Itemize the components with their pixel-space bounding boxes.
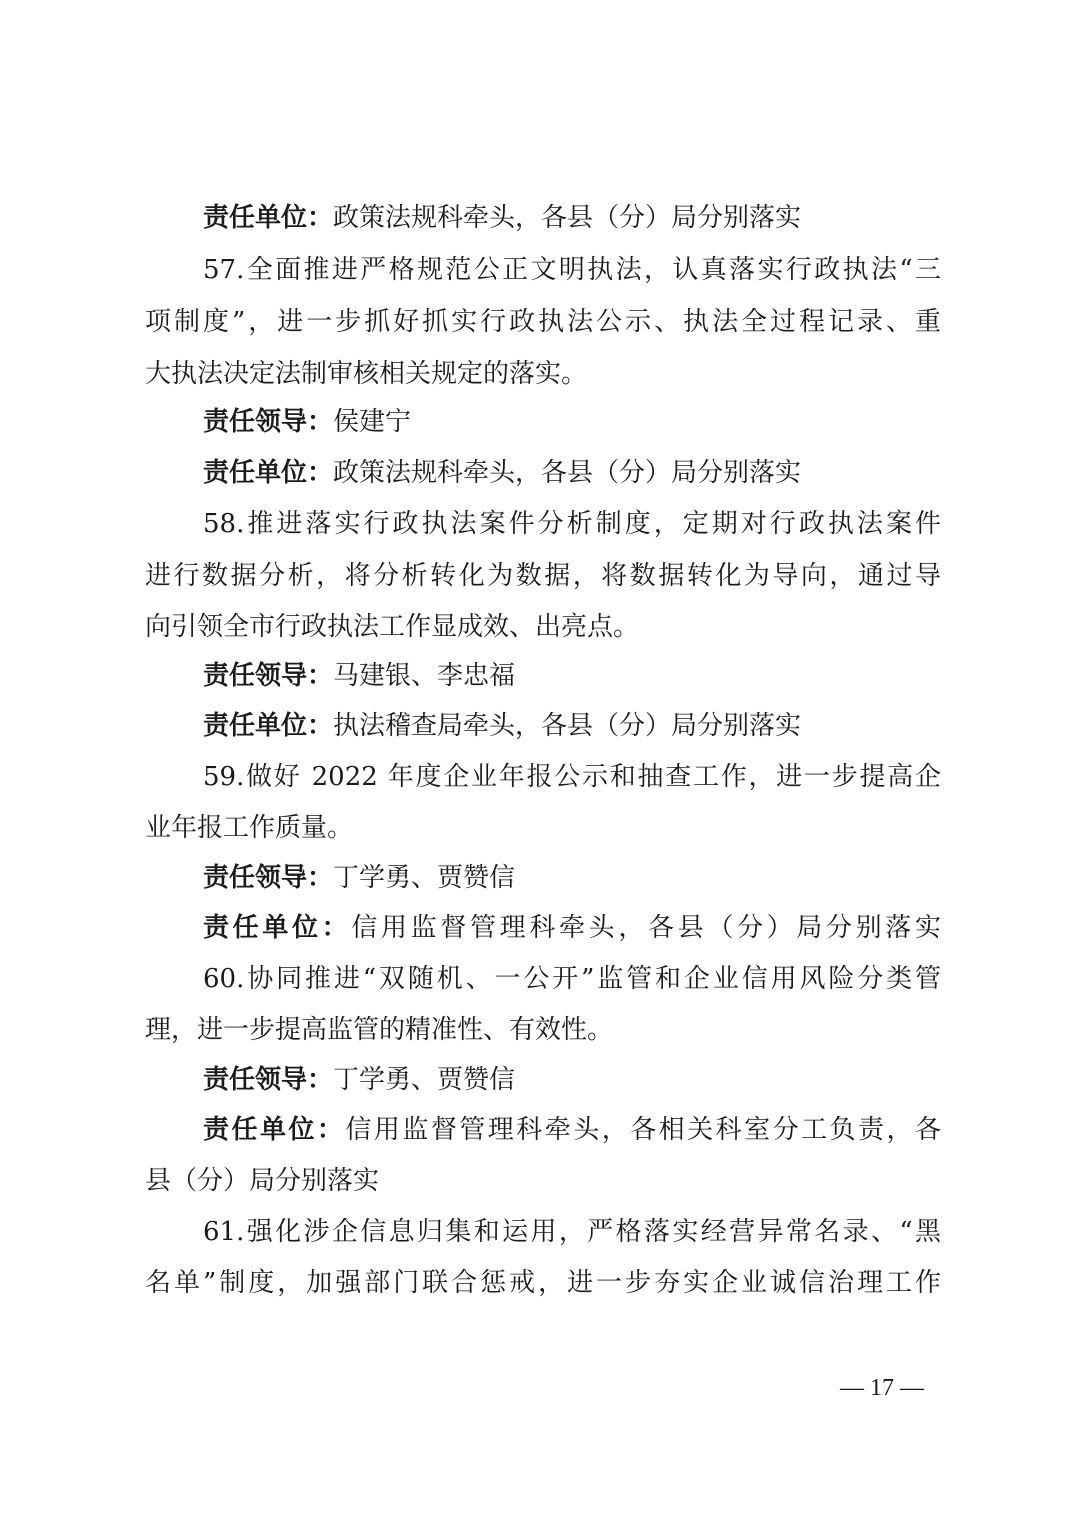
responsible-unit-continuation: 县（分）局分别落实 bbox=[145, 1155, 941, 1207]
label-responsible-leader: 责任领导： bbox=[203, 1065, 333, 1095]
document-page: 责任单位：政策法规科牵头，各县（分）局分别落实 57.全面推进严格规范公正文明执… bbox=[0, 0, 1074, 1520]
line-text: 名单”制度，加强部门联合惩戒，进一步夯实企业诚信治理工作 bbox=[145, 1268, 941, 1298]
line-text: 61.强化涉企信息归集和运用，严格落实经营异常名录、“黑 bbox=[203, 1217, 941, 1247]
line-text: 进行数据分析，将分析转化为数据，将数据转化为导向，通过导 bbox=[145, 561, 941, 591]
line-text: 执法稽查局牵头，各县（分）局分别落实 bbox=[333, 711, 801, 741]
line-text: 项制度”，进一步抓好抓实行政执法公示、执法全过程记录、重 bbox=[145, 307, 941, 337]
line-responsible-leader: 责任领导：侯建宁 bbox=[203, 396, 941, 448]
line-text: 向引领全市行政执法工作显成效、出亮点。 bbox=[145, 612, 639, 642]
item-59-line-1: 59.做好 2022 年度企业年报公示和抽查工作，进一步提高企 bbox=[203, 751, 941, 803]
line-responsible-leader: 责任领导：丁学勇、贾赞信 bbox=[203, 852, 941, 904]
line-text: 58.推进落实行政执法案件分析制度，定期对行政执法案件 bbox=[203, 509, 941, 539]
item-58-line-1: 58.推进落实行政执法案件分析制度，定期对行政执法案件 bbox=[203, 498, 941, 550]
line-text: 信用监督管理科牵头，各相关科室分工负责，各 bbox=[345, 1115, 941, 1145]
line-text: 59.做好 2022 年度企业年报公示和抽查工作，进一步提高企 bbox=[203, 762, 941, 792]
label-responsible-leader: 责任领导： bbox=[203, 407, 333, 437]
label-responsible-unit: 责任单位： bbox=[203, 913, 351, 943]
line-responsible-unit: 责任单位：政策法规科牵头，各县（分）局分别落实 bbox=[203, 447, 941, 499]
line-text: 57.全面推进严格规范公正文明执法，认真落实行政执法“三 bbox=[203, 255, 941, 285]
line-responsible-leader: 责任领导：丁学勇、贾赞信 bbox=[203, 1054, 941, 1106]
label-responsible-leader: 责任领导： bbox=[203, 661, 333, 691]
label-responsible-unit: 责任单位： bbox=[203, 711, 333, 741]
item-59-line-2: 业年报工作质量。 bbox=[145, 802, 941, 854]
item-61-line-1: 61.强化涉企信息归集和运用，严格落实经营异常名录、“黑 bbox=[203, 1206, 941, 1258]
line-text: 60.协同推进“双随机、一公开”监管和企业信用风险分类管 bbox=[203, 964, 941, 994]
item-60-line-1: 60.协同推进“双随机、一公开”监管和企业信用风险分类管 bbox=[203, 953, 941, 1005]
line-text: 政策法规科牵头，各县（分）局分别落实 bbox=[333, 458, 801, 488]
item-60-line-2: 理，进一步提高监管的精准性、有效性。 bbox=[145, 1004, 941, 1056]
label-responsible-unit: 责任单位： bbox=[203, 1115, 345, 1145]
label-responsible-unit: 责任单位： bbox=[203, 458, 333, 488]
line-responsible-leader: 责任领导：马建银、李忠福 bbox=[203, 650, 941, 702]
line-text: 县（分）局分别落实 bbox=[145, 1166, 379, 1196]
line-text: 马建银、李忠福 bbox=[333, 661, 515, 691]
item-57-line-1: 57.全面推进严格规范公正文明执法，认真落实行政执法“三 bbox=[203, 244, 941, 296]
label-responsible-leader: 责任领导： bbox=[203, 863, 333, 893]
line-text: 丁学勇、贾赞信 bbox=[333, 1065, 515, 1095]
line-responsible-unit: 责任单位：执法稽查局牵头，各县（分）局分别落实 bbox=[203, 700, 941, 752]
line-text: 大执法决定法制审核相关规定的落实。 bbox=[145, 359, 587, 389]
line-responsible-unit: 责任单位：信用监督管理科牵头，各县（分）局分别落实 bbox=[203, 902, 941, 954]
line-text: 政策法规科牵头，各县（分）局分别落实 bbox=[333, 203, 801, 233]
item-58-line-2: 进行数据分析，将分析转化为数据，将数据转化为导向，通过导 bbox=[145, 550, 941, 602]
line-text: 丁学勇、贾赞信 bbox=[333, 863, 515, 893]
line-responsible-unit: 责任单位：政策法规科牵头，各县（分）局分别落实 bbox=[203, 192, 941, 244]
item-57-line-2: 项制度”，进一步抓好抓实行政执法公示、执法全过程记录、重 bbox=[145, 296, 941, 348]
line-responsible-unit: 责任单位：信用监督管理科牵头，各相关科室分工负责，各 bbox=[203, 1104, 941, 1156]
item-61-line-2: 名单”制度，加强部门联合惩戒，进一步夯实企业诚信治理工作 bbox=[145, 1257, 941, 1309]
line-text: 信用监督管理科牵头，各县（分）局分别落实 bbox=[351, 913, 941, 943]
label-responsible-unit: 责任单位： bbox=[203, 203, 333, 233]
line-text: 侯建宁 bbox=[333, 407, 411, 437]
item-57-line-3: 大执法决定法制审核相关规定的落实。 bbox=[145, 348, 941, 400]
page-number: — 17 — bbox=[840, 1368, 924, 1408]
item-58-line-3: 向引领全市行政执法工作显成效、出亮点。 bbox=[145, 601, 941, 653]
line-text: 业年报工作质量。 bbox=[145, 813, 353, 843]
line-text: 理，进一步提高监管的精准性、有效性。 bbox=[145, 1015, 613, 1045]
